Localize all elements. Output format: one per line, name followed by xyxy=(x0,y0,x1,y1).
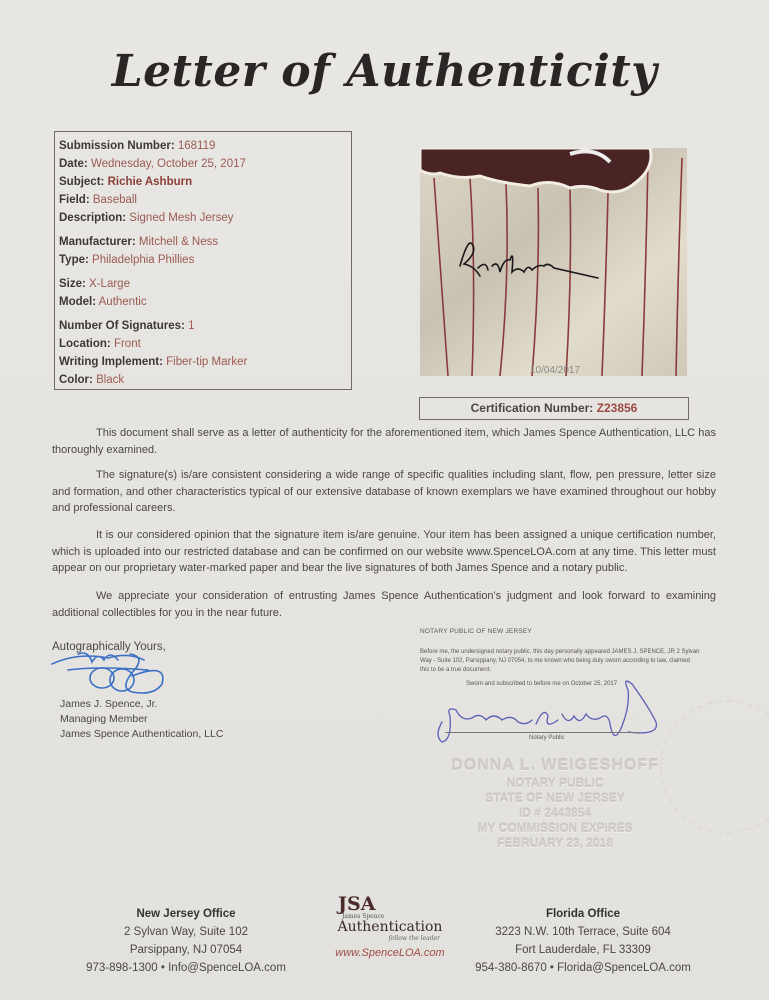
paragraph-2: The signature(s) is/are consistent consi… xyxy=(52,467,716,517)
notary-public-label: Notary Public xyxy=(529,735,565,741)
signer-name: James J. Spence, Jr. xyxy=(60,697,223,712)
jsa-authentication: Authentication xyxy=(330,920,450,935)
notary-stamp-line: NOTARY PUBLIC xyxy=(450,776,660,791)
detail-row: Type: Philadelphia Phillies xyxy=(59,251,351,269)
nj-address-line2: Parsippany, NJ 07054 xyxy=(66,941,306,959)
notary-title: NOTARY PUBLIC OF NEW JERSEY xyxy=(420,628,532,635)
detail-value: Mitchell & Ness xyxy=(139,236,218,248)
detail-label: Subject: xyxy=(59,176,104,188)
detail-label: Description: xyxy=(59,212,126,224)
item-details-box: Submission Number: 168119Date: Wednesday… xyxy=(54,131,352,390)
notary-signature-line xyxy=(445,732,640,733)
detail-row: Subject: Richie Ashburn xyxy=(59,173,351,191)
notary-embossed-seal xyxy=(660,700,769,834)
spence-signature-icon xyxy=(48,648,173,696)
detail-row: Manufacturer: Mitchell & Ness xyxy=(59,233,351,251)
detail-value: Philadelphia Phillies xyxy=(92,254,194,266)
letter-page: Letter of Authenticity Submission Number… xyxy=(0,0,769,1000)
nj-address-line1: 2 Sylvan Way, Suite 102 xyxy=(66,923,306,941)
detail-row: Date: Wednesday, October 25, 2017 xyxy=(59,155,351,173)
jsa-logo: JSA James Spence Authentication follow t… xyxy=(330,895,450,959)
nj-contact: 973-898-1300 • Info@SpenceLOA.com xyxy=(66,959,306,977)
nj-office-heading: New Jersey Office xyxy=(66,905,306,923)
fl-contact: 954-380-8670 • Florida@SpenceLOA.com xyxy=(463,959,703,977)
detail-row: Color: Black xyxy=(59,371,351,389)
fl-address-line1: 3223 N.W. 10th Terrace, Suite 604 xyxy=(463,923,703,941)
paragraph-3: It is our considered opinion that the si… xyxy=(52,527,716,577)
detail-value: Richie Ashburn xyxy=(108,176,193,188)
detail-label: Type: xyxy=(59,254,89,266)
detail-label: Location: xyxy=(59,338,111,350)
detail-label: Field: xyxy=(59,194,90,206)
signed-jersey-image: 10/04/2017 xyxy=(420,148,687,376)
detail-value: Fiber-tip Marker xyxy=(166,356,247,368)
signer-role: Managing Member xyxy=(60,712,223,727)
detail-value: 168119 xyxy=(178,140,216,152)
fl-office-heading: Florida Office xyxy=(463,905,703,923)
detail-row: Size: X-Large xyxy=(59,275,351,293)
jsa-wordmark: JSA xyxy=(330,895,450,913)
detail-label: Number Of Signatures: xyxy=(59,320,185,332)
detail-row: Model: Authentic xyxy=(59,293,351,311)
detail-label: Manufacturer: xyxy=(59,236,136,248)
notary-stamp: DONNA L. WEIGESHOFF NOTARY PUBLIC STATE … xyxy=(450,756,660,851)
detail-value: 1 xyxy=(188,320,194,332)
detail-row: Submission Number: 168119 xyxy=(59,137,351,155)
notary-stamp-line: MY COMMISSION EXPIRES FEBRUARY 23, 2018 xyxy=(450,821,660,851)
detail-label: Writing Implement: xyxy=(59,356,163,368)
detail-value: Black xyxy=(96,374,124,386)
svg-text:10/04/2017: 10/04/2017 xyxy=(530,365,580,376)
detail-row: Field: Baseball xyxy=(59,191,351,209)
detail-value: X-Large xyxy=(89,278,130,290)
signer-company: James Spence Authentication, LLC xyxy=(60,727,223,742)
notary-stamp-line: ID # 2443854 xyxy=(450,806,660,821)
certification-label: Certification Number: xyxy=(471,401,594,415)
paragraph-1: This document shall serve as a letter of… xyxy=(52,425,716,458)
notary-name: DONNA L. WEIGESHOFF xyxy=(450,756,660,776)
fl-office-block: Florida Office 3223 N.W. 10th Terrace, S… xyxy=(463,905,703,977)
certification-number: Z23856 xyxy=(597,401,638,415)
detail-value: Baseball xyxy=(93,194,137,206)
item-photo: 10/04/2017 xyxy=(420,148,687,376)
detail-label: Size: xyxy=(59,278,86,290)
detail-value: Wednesday, October 25, 2017 xyxy=(91,158,246,170)
detail-label: Color: xyxy=(59,374,93,386)
detail-row: Description: Signed Mesh Jersey xyxy=(59,209,351,227)
notary-stamp-line: STATE OF NEW JERSEY xyxy=(450,791,660,806)
detail-row: Writing Implement: Fiber-tip Marker xyxy=(59,353,351,371)
notary-statement: Before me, the undersigned notary public… xyxy=(420,648,700,675)
detail-value: Front xyxy=(114,338,141,350)
detail-value: Signed Mesh Jersey xyxy=(129,212,233,224)
signer-block: James J. Spence, Jr. Managing Member Jam… xyxy=(60,697,223,742)
jsa-tagline: follow the leader xyxy=(330,935,450,943)
website-link[interactable]: www.SpenceLOA.com xyxy=(330,947,450,959)
fl-address-line2: Fort Lauderdale, FL 33309 xyxy=(463,941,703,959)
detail-value: Authentic xyxy=(99,296,147,308)
certification-number-box: Certification Number: Z23856 xyxy=(419,397,689,420)
detail-label: Date: xyxy=(59,158,88,170)
nj-office-block: New Jersey Office 2 Sylvan Way, Suite 10… xyxy=(66,905,306,977)
detail-label: Model: xyxy=(59,296,96,308)
paragraph-4: We appreciate your consideration of entr… xyxy=(52,588,716,621)
detail-row: Location: Front xyxy=(59,335,351,353)
detail-label: Submission Number: xyxy=(59,140,175,152)
detail-row: Number Of Signatures: 1 xyxy=(59,317,351,335)
document-title: Letter of Authenticity xyxy=(0,46,769,97)
